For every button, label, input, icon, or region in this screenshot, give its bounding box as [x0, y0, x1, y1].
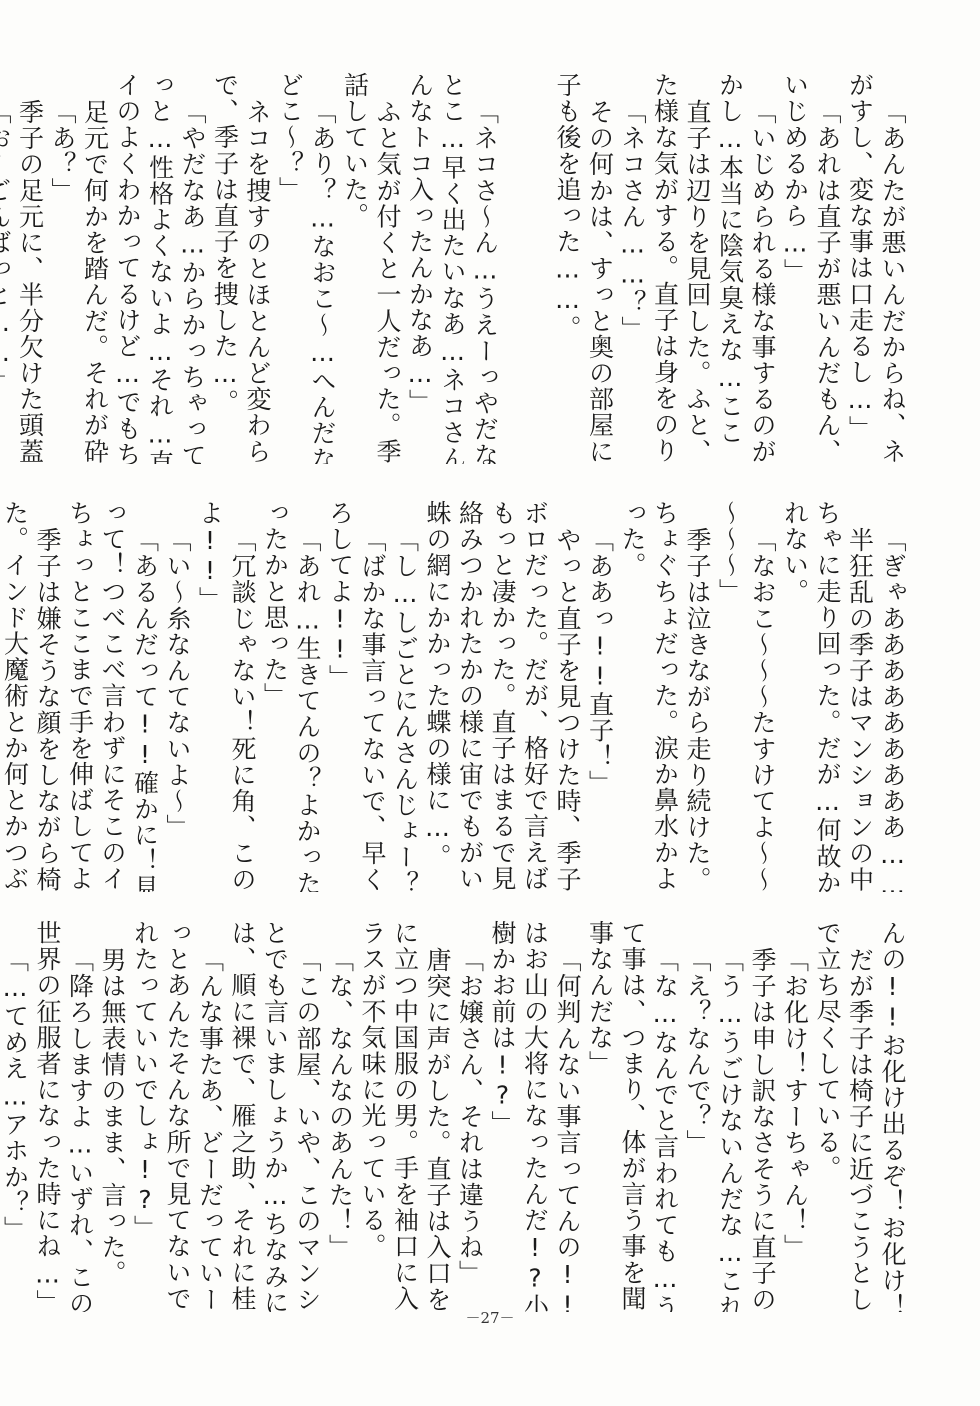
- text-column: よ!!」: [193, 500, 226, 892]
- text-column: 「ああっ!!直子！」: [583, 500, 616, 892]
- text-column: 「この部屋、いや、このマンションの主人: [291, 920, 324, 1312]
- text-column: やっと直子を見つけた時、季子はもうボロ: [551, 500, 584, 892]
- text-column: 「ネコさ〜ん…うえーっやだなあ…こんな: [468, 72, 501, 464]
- text-column: んなトコ入ったんかなあ…」: [403, 72, 436, 464]
- text-column: イのよくわかってるけど…でもちょっと…」: [111, 72, 144, 464]
- text-column: はお山の大将になったんだ!?小雁か？小林正: [518, 920, 551, 1312]
- text-tier-bottom: んの!!お化け出るぞ！お化け！」だが季子は椅子に近づこうとしたそのままで立ち尽く…: [62, 920, 908, 1312]
- text-column: ボロだった。だが、格好で言えば直子の方が: [518, 500, 551, 892]
- text-column: た。インド大魔術とか何とかつぶやいている。: [0, 500, 31, 892]
- text-column: ちょぐちょだった。涙か鼻水かよく判らなか: [648, 500, 681, 892]
- text-column: 「降ろしますよ…いずれ、この私が、この: [63, 920, 96, 1312]
- text-column: 「…てめえ…アホか？」: [0, 920, 31, 1312]
- text-column: で立ち尽くしている。: [811, 920, 844, 1312]
- text-column: 〜〜〜」: [713, 500, 746, 892]
- page-number: －27－: [0, 1307, 980, 1328]
- text-column: 「あれ…生きてんの？よかった…死んじゃ: [291, 500, 324, 892]
- text-column: 「な…なんでと言われても…うごけないっ: [648, 920, 681, 1312]
- text-column: ネコを捜すのとほとんど変わらないしぐさ: [241, 72, 274, 464]
- text-column: どこ〜？」: [273, 72, 306, 464]
- text-column: 事なんだな」: [583, 920, 616, 1312]
- text-column: 「冗談じゃない！死に角、この糸を切って: [226, 500, 259, 892]
- text-column: で、季子は直子を捜した…。: [208, 72, 241, 464]
- text-column: とこ…早く出たいなあ…ネコさん…なんでこ: [436, 72, 469, 464]
- text-column: 子も後を追った……。: [551, 72, 584, 464]
- text-column: 「う…うごけないんだな…これが…」: [713, 920, 746, 1312]
- text-column: れない。: [778, 500, 811, 892]
- text-column: 「あんたが悪いんだからね、ネコさんは逃: [876, 72, 909, 464]
- text-column: かし…本当に陰気臭えな…ここ…」: [713, 72, 746, 464]
- text-column: ラスが不気味に光っている。: [356, 920, 389, 1312]
- text-column: った。: [616, 500, 649, 892]
- text-column: 「あ？」: [46, 72, 79, 464]
- text-column: 季子は嫌そうな顔をしながら椅子に近づい: [31, 500, 64, 892]
- text-column: っと…性格よくないよ…それ…直子性格ワリ: [143, 72, 176, 464]
- text-column: 季子は泣きながら走り続けた。もう顔はぐ: [681, 500, 714, 892]
- text-column: 「ネコさん……？」: [616, 72, 649, 464]
- text-tier-middle: 「ぎゃあああああああああ……」半狂乱の季子はマンションの中をめちゃくちゃに走り回…: [62, 500, 908, 892]
- text-column: 男は無表情のまま、言った。: [96, 920, 129, 1312]
- text-column: っとあんたそんな所で見てないで降ろしてく: [161, 920, 194, 1312]
- text-column: 「何判んない事言ってんの!!いつからお前: [551, 920, 584, 1312]
- text-column: 絡みつかれたかの様に宙でもがいていた。蜘: [453, 500, 486, 892]
- text-column: その何かは、すっと奥の部屋に消えた。直: [583, 72, 616, 464]
- text-column: 蛛の網にかかった蝶の様に…。: [421, 500, 454, 892]
- text-column: 「い〜糸なんてないよ〜」: [161, 500, 194, 892]
- text-column: 「な、なんなのあんた！」: [323, 920, 356, 1312]
- text-column: れたっていいでしょ!?」: [128, 920, 161, 1312]
- text-column: 樹かお前は!?」: [486, 920, 519, 1312]
- text-column: 「あるんだって!!確かに！見えないだけだ: [128, 500, 161, 892]
- text-column: 直子は辺りを見回した。ふと、何かが動い: [681, 72, 714, 464]
- text-column: 「なおこ〜〜〜たすけてよ〜〜〜もーやだよ〜: [746, 500, 779, 892]
- text-column: ちゃに走り回った。だが…何故か外には出ら: [811, 500, 844, 892]
- text-column: た様な気がする。直子は身をのり出す。: [648, 72, 681, 464]
- text-column: 「し…しごとにんさんじょー？」: [388, 500, 421, 892]
- text-column: って！つべこべ言わずにそこのイス使って、: [96, 500, 129, 892]
- text-column: は、順に裸で、雁之助、それに桂樹だ」: [226, 920, 259, 1312]
- text-column: 話していた。: [338, 72, 371, 464]
- text-column: に立つ中国服の男。手を袖口に入れ、サング: [388, 920, 421, 1312]
- text-column: 「おーごんばっと……」: [0, 72, 13, 464]
- text-column: ふと気が付くと一人だった。季子は一人で: [371, 72, 404, 464]
- text-column: 「あれは直子が悪いんだもん、すーちゃん: [811, 72, 844, 464]
- text-column: がすし、変な事は口走るし…」: [843, 72, 876, 464]
- text-column: だが季子は椅子に近づこうとしたそのまま: [843, 920, 876, 1312]
- text-column: 「お嬢さん、それは違うね」: [453, 920, 486, 1312]
- text-column: 足元で何かを踏んだ。それが砕けた。: [78, 72, 111, 464]
- text-column: 半狂乱の季子はマンションの中をめちゃく: [843, 500, 876, 892]
- text-column: 「え？なんで？」: [681, 920, 714, 1312]
- text-column: 「ぎゃあああああああああ……」: [876, 500, 909, 892]
- text-column: 「やだなあ…からかっちゃってんの？ちょ: [176, 72, 209, 464]
- text-column: ろしてよ!!」: [323, 500, 356, 892]
- text-column: んの!!お化け出るぞ！お化け！」: [876, 920, 909, 1312]
- text-column: 「いじめられる様な事するのが悪い！…し: [746, 72, 779, 464]
- text-column: 季子は申し訳なさそうに直子の方を見た。: [746, 920, 779, 1312]
- text-tier-top: 「あんたが悪いんだからね、ネコさんは逃がすし、変な事は口走るし…」「あれは直子が…: [62, 72, 908, 464]
- text-column: いじめるから…」: [778, 72, 811, 464]
- text-column: とでも言いましょうか…ちなみに、さっきの: [258, 920, 291, 1312]
- text-column: もっと凄かった。直子はまるで見えない糸に: [486, 500, 519, 892]
- text-column: て事は、つまり、体が言う事を聞かないって: [616, 920, 649, 1312]
- text-column: ちょっとここまで手を伸ばしてよ〜」: [63, 500, 96, 892]
- text-column: 世界の征服者になった時にね…」: [31, 920, 64, 1312]
- text-column: 「んな事たあ、どーだっていーのよ!!ちょ: [193, 920, 226, 1312]
- text-column: 「お化け！すーちゃん！」: [778, 920, 811, 1312]
- text-column: 「ばかな事言ってないで、早くここから降: [356, 500, 389, 892]
- text-column: 唐突に声がした。直子は入口を見る。そこ: [421, 920, 454, 1312]
- text-column: ったかと思った」: [258, 500, 291, 892]
- text-column: 「あり？…なおこ〜…へんだな…なおこ〜: [306, 72, 339, 464]
- text-column: 季子の足元に、半分欠けた頭蓋骨が一つ。: [13, 72, 46, 464]
